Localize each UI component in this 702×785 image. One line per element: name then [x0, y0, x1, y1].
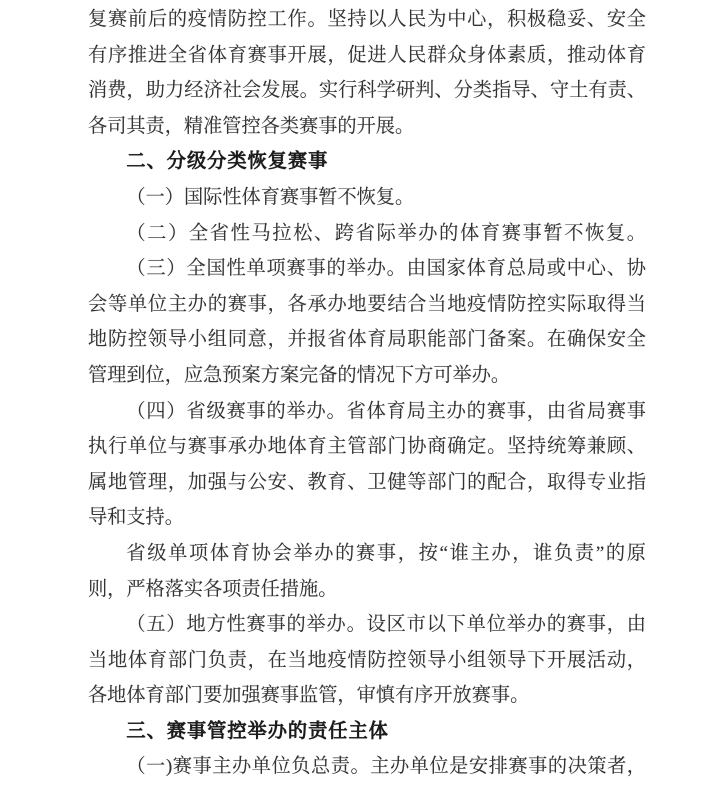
text-line: （四）省级赛事的举办。省体育局主办的赛事，由省局赛事 — [88, 394, 646, 430]
paragraph: （二）全省性马拉松、跨省际举办的体育赛事暂不恢复。 — [88, 216, 646, 252]
section-heading: 三、赛事管控举办的责任主体 — [88, 714, 646, 750]
paragraph: （五）地方性赛事的举办。设区市以下单位举办的赛事，由当地体育部门负责，在当地疫情… — [88, 607, 646, 714]
text-line: 复赛前后的疫情防控工作。坚持以人民为中心，积极稳妥、安全 — [88, 2, 646, 38]
document-page: 复赛前后的疫情防控工作。坚持以人民为中心，积极稳妥、安全有序推进全省体育赛事开展… — [0, 0, 702, 785]
text-line: 导和支持。 — [88, 500, 646, 536]
text-line: （五）地方性赛事的举办。设区市以下单位举办的赛事，由 — [88, 607, 646, 643]
paragraph: 省级单项体育协会举办的赛事，按“谁主办，谁负责”的原则，严格落实各项责任措施。 — [88, 536, 646, 607]
text-line: 有序推进全省体育赛事开展，促进人民群众身体素质，推动体育 — [88, 38, 646, 74]
text-line: （一）国际性体育赛事暂不恢复。 — [88, 180, 646, 216]
paragraph: （四）省级赛事的举办。省体育局主办的赛事，由省局赛事执行单位与赛事承办地体育主管… — [88, 394, 646, 536]
paragraph: 复赛前后的疫情防控工作。坚持以人民为中心，积极稳妥、安全有序推进全省体育赛事开展… — [88, 2, 646, 144]
text-line: 当地体育部门负责，在当地疫情防控领导小组领导下开展活动， — [88, 643, 646, 679]
paragraph: （三）全国性单项赛事的举办。由国家体育总局或中心、协会等单位主办的赛事，各承办地… — [88, 251, 646, 393]
section: 三、赛事管控举办的责任主体 — [88, 714, 646, 750]
text-line: 省级单项体育协会举办的赛事，按“谁主办，谁负责”的原 — [88, 536, 646, 572]
text-line: 各司其责，精准管控各类赛事的开展。 — [88, 109, 646, 145]
text-line: 各地体育部门要加强赛事监管，审慎有序开放赛事。 — [88, 678, 646, 714]
text-line: 属地管理，加强与公安、教育、卫健等部门的配合，取得专业指 — [88, 465, 646, 501]
section: 二、分级分类恢复赛事 — [88, 144, 646, 180]
text-line: 执行单位与赛事承办地体育主管部门协商确定。坚持统筹兼顾、 — [88, 429, 646, 465]
text-line: 会等单位主办的赛事，各承办地要结合当地疫情防控实际取得当 — [88, 287, 646, 323]
text-line: 则，严格落实各项责任措施。 — [88, 572, 646, 608]
text-line: （一)赛事主办单位负总责。主办单位是安排赛事的决策者， — [88, 749, 646, 785]
text-line: 消费，助力经济社会发展。实行科学研判、分类指导、守土有责、 — [88, 73, 646, 109]
text-line: （二）全省性马拉松、跨省际举办的体育赛事暂不恢复。 — [88, 216, 646, 252]
text-line: （三）全国性单项赛事的举办。由国家体育总局或中心、协 — [88, 251, 646, 287]
text-line: 地防控领导小组同意，并报省体育局职能部门备案。在确保安全 — [88, 322, 646, 358]
paragraph: （一）国际性体育赛事暂不恢复。 — [88, 180, 646, 216]
text-line: 管理到位，应急预案方案完备的情况下方可举办。 — [88, 358, 646, 394]
section-heading: 二、分级分类恢复赛事 — [88, 144, 646, 180]
document-body: 复赛前后的疫情防控工作。坚持以人民为中心，积极稳妥、安全有序推进全省体育赛事开展… — [0, 0, 702, 785]
paragraph: （一)赛事主办单位负总责。主办单位是安排赛事的决策者， — [88, 749, 646, 785]
